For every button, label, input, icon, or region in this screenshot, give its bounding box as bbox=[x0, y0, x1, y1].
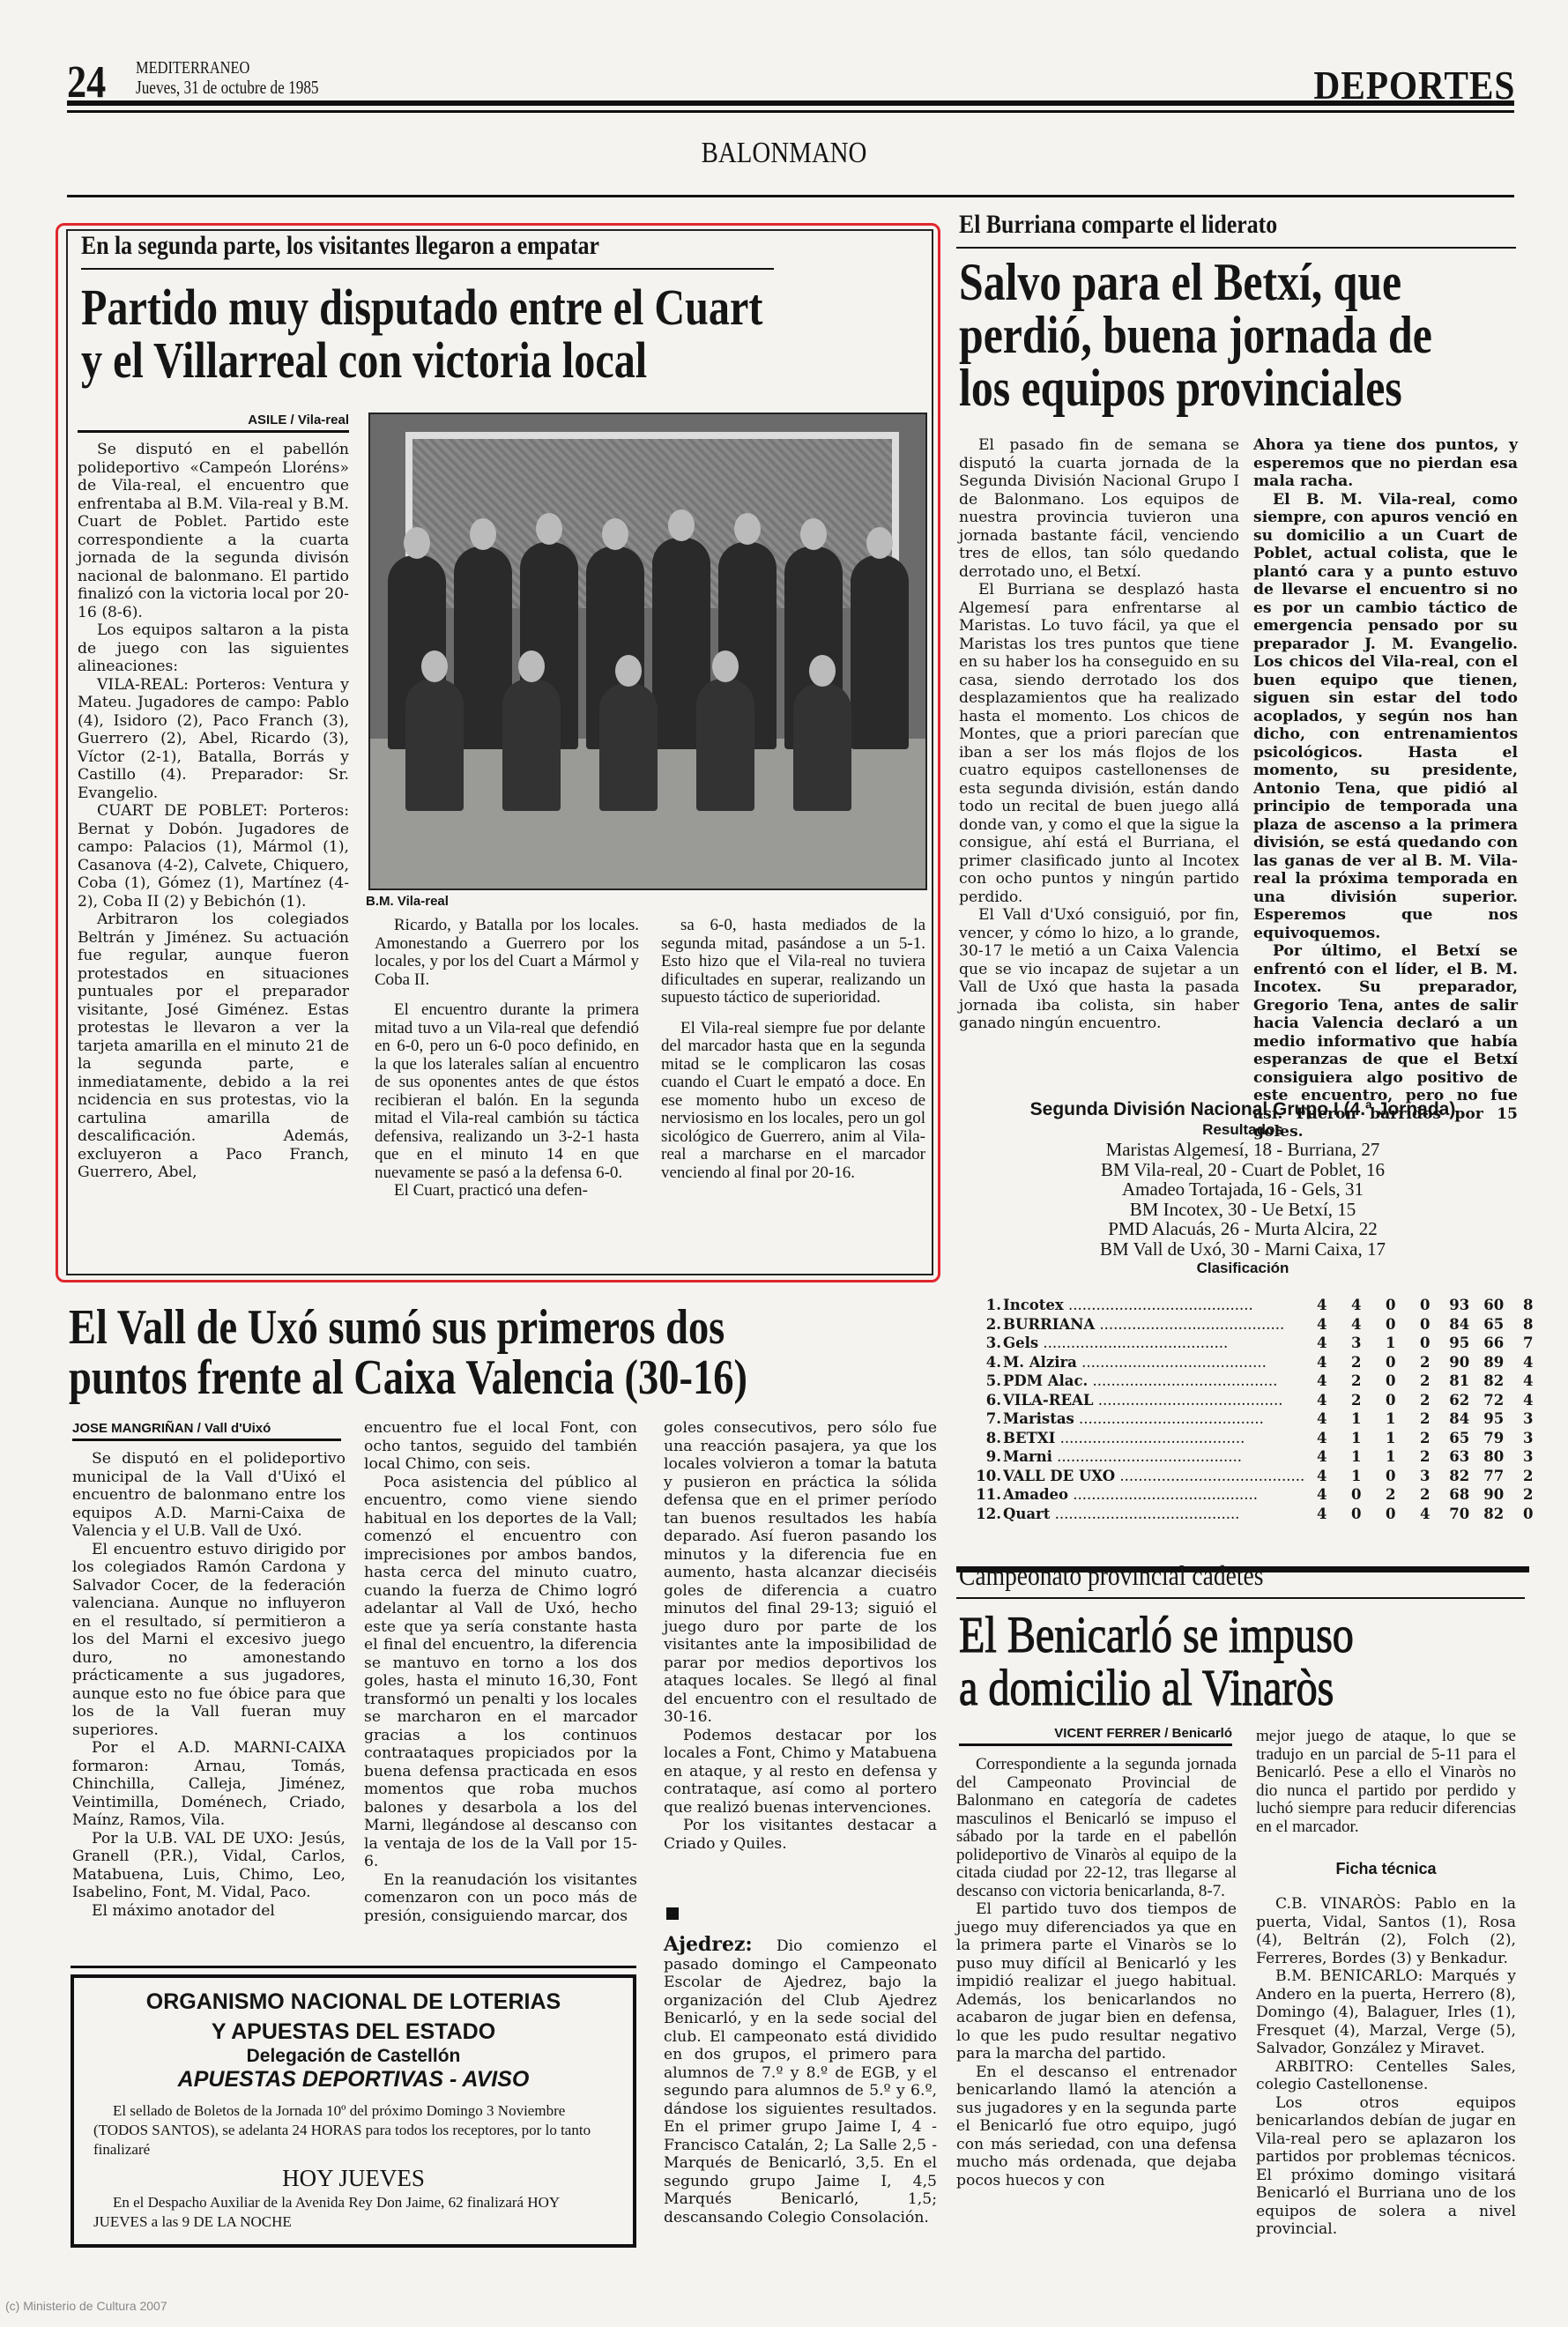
stat-pj: 4 bbox=[1304, 1334, 1339, 1353]
stat-gf: 68 bbox=[1442, 1485, 1476, 1505]
dot-leader: ........................................ bbox=[1038, 1334, 1228, 1351]
team-name-text: BURRIANA bbox=[1003, 1316, 1095, 1333]
dot-leader: ........................................ bbox=[1055, 1430, 1245, 1446]
stat-gf: 84 bbox=[1442, 1409, 1476, 1429]
stat-g: 1 bbox=[1339, 1467, 1373, 1486]
ajedrez-brief: Ajedrez: Dio comienzo el pasado domingo … bbox=[664, 1936, 937, 2227]
results-label: Resultados bbox=[961, 1120, 1525, 1141]
stat-pj: 4 bbox=[1304, 1447, 1339, 1467]
paragraph: Correspondiente a la segunda jornada del… bbox=[956, 1756, 1237, 1900]
paragraph: C.B. VINARÒS: Pablo en la puerta, Vidal,… bbox=[1256, 1895, 1516, 1967]
stat-pts: 8 bbox=[1511, 1315, 1545, 1334]
dot-leader: ........................................ bbox=[1050, 1505, 1239, 1522]
team-name: BURRIANA ...............................… bbox=[1003, 1315, 1304, 1334]
stat-pts: 3 bbox=[1511, 1429, 1545, 1448]
stat-p: 3 bbox=[1408, 1467, 1442, 1486]
stat-gc: 60 bbox=[1476, 1296, 1511, 1315]
paragraph: encuentro fue el local Font, con ocho ta… bbox=[364, 1419, 637, 1474]
stat-gf: 63 bbox=[1442, 1447, 1476, 1467]
stat-g: 4 bbox=[1339, 1315, 1373, 1334]
stat-gf: 93 bbox=[1442, 1296, 1476, 1315]
paragraph: Se disputó en el pabellón polideportivo … bbox=[78, 441, 349, 621]
team-name: Incotex ................................… bbox=[1003, 1296, 1304, 1315]
paragraph: El pasado fin de semana se disputó la cu… bbox=[959, 436, 1239, 581]
paragraph: Los otros equipos benicarlandos debían d… bbox=[1256, 2094, 1516, 2239]
stat-pj: 4 bbox=[1304, 1485, 1339, 1505]
stat-gc: 89 bbox=[1476, 1353, 1511, 1372]
newspaper-name: MEDITERRANEO bbox=[136, 58, 249, 78]
team-name-text: Maristas bbox=[1003, 1410, 1074, 1427]
paragraph: goles consecutivos, pero sólo fue una re… bbox=[664, 1419, 937, 1727]
stat-gc: 90 bbox=[1476, 1485, 1511, 1505]
dot-leader: ........................................ bbox=[1077, 1354, 1267, 1371]
stat-pj: 4 bbox=[1304, 1296, 1339, 1315]
team-name: PDM Alac. ..............................… bbox=[1003, 1372, 1304, 1391]
paragraph: VILA-REAL: Porteros: Ventura y Mateu. Ju… bbox=[78, 676, 349, 803]
team-name: VALL DE UXO ............................… bbox=[1003, 1467, 1304, 1486]
stat-pj: 4 bbox=[1304, 1372, 1339, 1391]
team-name-text: M. Alzira bbox=[1003, 1354, 1077, 1371]
article-column-1: Correspondiente a la segunda jornada del… bbox=[956, 1756, 1237, 2189]
stat-pj: 4 bbox=[1304, 1353, 1339, 1372]
stat-gf: 84 bbox=[1442, 1315, 1476, 1334]
masthead-rule bbox=[67, 100, 1514, 113]
standings-label: Clasificación bbox=[961, 1259, 1525, 1279]
stat-gf: 90 bbox=[1442, 1353, 1476, 1372]
photo-caption: B.M. Vila-real bbox=[366, 894, 449, 909]
paragraph: B.M. BENICARLO: Marqués y Andero en la p… bbox=[1256, 1967, 1516, 2058]
team-name: Amadeo .................................… bbox=[1003, 1485, 1304, 1505]
stat-pj: 4 bbox=[1304, 1467, 1339, 1486]
stat-e: 0 bbox=[1373, 1467, 1408, 1486]
paragraph: Por los visitantes destacar a Criado y Q… bbox=[664, 1817, 937, 1853]
ajedrez-text: Dio comienzo el pasado domingo el Campeo… bbox=[664, 1937, 937, 2227]
page-number: 24 bbox=[67, 60, 106, 106]
standings-row: 3.Gels .................................… bbox=[970, 1334, 1545, 1353]
team-name: BETXI ..................................… bbox=[1003, 1429, 1304, 1448]
stat-gc: 82 bbox=[1476, 1505, 1511, 1524]
team-position: 12. bbox=[970, 1505, 1003, 1524]
ad-top-rule bbox=[71, 1966, 636, 1968]
article-byline: ASILE / Vila-real bbox=[78, 413, 349, 433]
result-row: BM Incotex, 30 - Ue Betxí, 15 bbox=[961, 1200, 1525, 1220]
paragraph: Podemos destacar por los locales a Font,… bbox=[664, 1727, 937, 1818]
stat-e: 1 bbox=[1373, 1429, 1408, 1448]
stat-pj: 4 bbox=[1304, 1315, 1339, 1334]
subsection-title: BALONMANO bbox=[117, 137, 1450, 170]
dot-leader: ........................................ bbox=[1074, 1410, 1264, 1427]
paragraph: Arbitraron los colegiados Beltrán y Jimé… bbox=[78, 911, 349, 1182]
team-name: Gels ...................................… bbox=[1003, 1334, 1304, 1353]
stat-pts: 8 bbox=[1511, 1296, 1545, 1315]
stat-p: 2 bbox=[1408, 1391, 1442, 1410]
team-position: 11. bbox=[970, 1485, 1003, 1505]
paragraph: Por el A.D. MARNI-CAIXA formaron: Arnau,… bbox=[72, 1739, 346, 1830]
ficha-tecnica-title: Ficha técnica bbox=[1256, 1860, 1516, 1878]
stat-gc: 82 bbox=[1476, 1372, 1511, 1391]
stat-e: 0 bbox=[1373, 1505, 1408, 1524]
standings-row: 5.PDM Alac. ............................… bbox=[970, 1372, 1545, 1391]
stat-g: 4 bbox=[1339, 1296, 1373, 1315]
league-results: Segunda División Nacional Grupo I (4.ª J… bbox=[961, 1100, 1525, 1279]
standings-row: 12.Quart ...............................… bbox=[970, 1505, 1545, 1524]
paragraph: El B. M. Vila-real, como siempre, con ap… bbox=[1253, 491, 1518, 943]
stat-pts: 4 bbox=[1511, 1372, 1545, 1391]
team-position: 1. bbox=[970, 1296, 1003, 1315]
stat-gf: 65 bbox=[1442, 1429, 1476, 1448]
ad-line-4: APUESTAS DEPORTIVAS - AVISO bbox=[74, 2066, 633, 2093]
standings-row: 8.BETXI ................................… bbox=[970, 1429, 1545, 1448]
stat-pts: 4 bbox=[1511, 1353, 1545, 1372]
paragraph: En el descanso el entrenador benicarland… bbox=[956, 2063, 1237, 2190]
stat-pj: 4 bbox=[1304, 1409, 1339, 1429]
paragraph: mejor juego de ataque, lo que se tradujo… bbox=[1256, 1728, 1516, 1836]
paragraph: En la reanudación los visitantes comenza… bbox=[364, 1871, 637, 1926]
stat-g: 1 bbox=[1339, 1429, 1373, 1448]
stat-g: 2 bbox=[1339, 1391, 1373, 1410]
article-column-3: sa 6-0, hasta mediados de la segunda mit… bbox=[661, 917, 925, 1182]
ad-paragraph-1: El sellado de Boletos de la Jornada 10º … bbox=[74, 2101, 633, 2160]
ad-line-2: Y APUESTAS DEL ESTADO bbox=[74, 2017, 633, 2047]
stat-p: 2 bbox=[1408, 1429, 1442, 1448]
lottery-advertisement: ORGANISMO NACIONAL DE LOTERIAS Y APUESTA… bbox=[71, 1974, 636, 2248]
stat-g: 2 bbox=[1339, 1353, 1373, 1372]
team-position: 6. bbox=[970, 1391, 1003, 1410]
article-headline-line1: El Vall de Uxó sumó sus primeros dos bbox=[69, 1303, 725, 1352]
standings-row: 6.VILA-REAL ............................… bbox=[970, 1391, 1545, 1410]
paragraph: Se disputó en el polideportivo municipal… bbox=[72, 1450, 346, 1541]
stat-gc: 66 bbox=[1476, 1334, 1511, 1353]
team-name: Maristas ...............................… bbox=[1003, 1409, 1304, 1429]
team-position: 2. bbox=[970, 1315, 1003, 1334]
paragraph: Ahora ya tiene dos puntos, y esperemos q… bbox=[1253, 436, 1518, 491]
team-position: 8. bbox=[970, 1429, 1003, 1448]
stat-gc: 72 bbox=[1476, 1391, 1511, 1410]
stat-gc: 65 bbox=[1476, 1315, 1511, 1334]
paragraph: Los equipos saltaron a la pista de juego… bbox=[78, 621, 349, 676]
paragraph: El encuentro durante la primera mitad tu… bbox=[375, 1001, 639, 1182]
stat-p: 2 bbox=[1408, 1409, 1442, 1429]
ad-line-1: ORGANISMO NACIONAL DE LOTERIAS bbox=[74, 1987, 633, 2017]
team-position: 3. bbox=[970, 1334, 1003, 1353]
dot-leader: ........................................ bbox=[1088, 1372, 1277, 1389]
stat-gc: 79 bbox=[1476, 1429, 1511, 1448]
stat-pts: 2 bbox=[1511, 1485, 1545, 1505]
stat-g: 2 bbox=[1339, 1372, 1373, 1391]
result-row: Amadeo Tortajada, 16 - Gels, 31 bbox=[961, 1179, 1525, 1200]
copyright-credit: (c) Ministerio de Cultura 2007 bbox=[5, 2299, 167, 2313]
team-name: M. Alzira ..............................… bbox=[1003, 1353, 1304, 1372]
stat-gf: 81 bbox=[1442, 1372, 1476, 1391]
article-kicker: Campeonato provincial cadetes bbox=[959, 1560, 1263, 1590]
paragraph: Ricardo, y Batalla por los locales. Amon… bbox=[375, 917, 639, 989]
paragraph: Poca asistencia del público al encuentro… bbox=[364, 1474, 637, 1871]
paragraph: El Vall d'Uxó consiguió, por fin, vencer… bbox=[959, 906, 1239, 1033]
team-position: 4. bbox=[970, 1353, 1003, 1372]
paragraph: El Burriana se desplazó hasta Algemesí p… bbox=[959, 581, 1239, 906]
team-position: 10. bbox=[970, 1467, 1003, 1486]
stat-pts: 7 bbox=[1511, 1334, 1545, 1353]
team-name-text: Marni bbox=[1003, 1448, 1052, 1465]
stat-p: 2 bbox=[1408, 1353, 1442, 1372]
team-name: VILA-REAL ..............................… bbox=[1003, 1391, 1304, 1410]
stat-p: 2 bbox=[1408, 1447, 1442, 1467]
dot-leader: ........................................ bbox=[1068, 1486, 1258, 1503]
stat-p: 2 bbox=[1408, 1485, 1442, 1505]
stat-pts: 3 bbox=[1511, 1409, 1545, 1429]
standings-row: 7.Maristas .............................… bbox=[970, 1409, 1545, 1429]
kicker-rule bbox=[81, 268, 774, 270]
article-column-2: C.B. VINARÒS: Pablo en la puerta, Vidal,… bbox=[1256, 1895, 1516, 2239]
article-headline-line3: los equipos provinciales bbox=[959, 361, 1402, 414]
article-column-3: goles consecutivos, pero sólo fue una re… bbox=[664, 1419, 937, 1853]
stat-gc: 95 bbox=[1476, 1409, 1511, 1429]
article-column-1: El pasado fin de semana se disputó la cu… bbox=[959, 436, 1239, 1033]
stat-gc: 80 bbox=[1476, 1447, 1511, 1467]
stat-g: 3 bbox=[1339, 1334, 1373, 1353]
stat-p: 4 bbox=[1408, 1505, 1442, 1524]
article-headline-line1: El Benicarló se impuso bbox=[959, 1610, 1354, 1661]
paragraph: El Cuart, practicó una defen- bbox=[375, 1182, 639, 1201]
stat-gf: 70 bbox=[1442, 1505, 1476, 1524]
article-column-1: Se disputó en el pabellón polideportivo … bbox=[78, 441, 349, 1182]
stat-p: 0 bbox=[1408, 1296, 1442, 1315]
stat-e: 0 bbox=[1373, 1353, 1408, 1372]
paragraph: ARBITRO: Centelles Sales, colegio Castel… bbox=[1256, 2058, 1516, 2094]
stat-pts: 4 bbox=[1511, 1391, 1545, 1410]
paragraph: El partido tuvo dos tiempos de juego muy… bbox=[956, 1900, 1237, 2063]
article-headline-line1: Salvo para el Betxí, que bbox=[959, 256, 1401, 309]
article-headline-line2: perdió, buena jornada de bbox=[959, 309, 1432, 361]
team-position: 5. bbox=[970, 1372, 1003, 1391]
standings-row: 1.Incotex ..............................… bbox=[970, 1296, 1545, 1315]
ad-line-3: Delegación de Castellón bbox=[74, 2047, 633, 2066]
article-column-2: Ahora ya tiene dos puntos, y esperemos q… bbox=[1253, 436, 1518, 1141]
team-name-text: VILA-REAL bbox=[1003, 1392, 1093, 1409]
stat-p: 2 bbox=[1408, 1372, 1442, 1391]
result-row: BM Vila-real, 20 - Cuart de Poblet, 16 bbox=[961, 1160, 1525, 1180]
result-row: PMD Alacuás, 26 - Murta Alcira, 22 bbox=[961, 1219, 1525, 1239]
result-row: BM Vall de Uxó, 30 - Marni Caixa, 17 bbox=[961, 1239, 1525, 1260]
article-kicker: El Burriana comparte el liderato bbox=[959, 210, 1277, 240]
section-rule bbox=[67, 195, 1514, 197]
team-name-text: PDM Alac. bbox=[1003, 1372, 1088, 1389]
team-name-text: Gels bbox=[1003, 1334, 1038, 1351]
stat-e: 1 bbox=[1373, 1447, 1408, 1467]
stat-gf: 62 bbox=[1442, 1391, 1476, 1410]
team-name-text: Quart bbox=[1003, 1505, 1050, 1522]
stat-pj: 4 bbox=[1304, 1391, 1339, 1410]
team-photo bbox=[368, 413, 927, 890]
standings-row: 10.VALL DE UXO .........................… bbox=[970, 1467, 1545, 1486]
stat-e: 0 bbox=[1373, 1296, 1408, 1315]
stat-e: 1 bbox=[1373, 1409, 1408, 1429]
stat-e: 0 bbox=[1373, 1315, 1408, 1334]
team-name-text: Amadeo bbox=[1003, 1486, 1068, 1503]
stat-g: 0 bbox=[1339, 1505, 1373, 1524]
standings-row: 11.Amadeo ..............................… bbox=[970, 1485, 1545, 1505]
stat-gc: 77 bbox=[1476, 1467, 1511, 1486]
dot-leader: ........................................ bbox=[1095, 1316, 1284, 1333]
article-column-2: Ricardo, y Batalla por los locales. Amon… bbox=[375, 917, 639, 1201]
stat-p: 0 bbox=[1408, 1315, 1442, 1334]
stat-pts: 0 bbox=[1511, 1505, 1545, 1524]
dot-leader: ........................................ bbox=[1064, 1297, 1253, 1313]
team-name-text: Incotex bbox=[1003, 1297, 1064, 1313]
article-headline-line2: a domicilio al Vinaròs bbox=[959, 1662, 1334, 1714]
stat-g: 1 bbox=[1339, 1409, 1373, 1429]
stat-gf: 95 bbox=[1442, 1334, 1476, 1353]
team-position: 7. bbox=[970, 1409, 1003, 1429]
stat-pj: 4 bbox=[1304, 1505, 1339, 1524]
section-bullet-icon bbox=[666, 1907, 679, 1920]
standings-table: 1.Incotex ..............................… bbox=[970, 1296, 1545, 1523]
ajedrez-lead: Ajedrez: bbox=[664, 1933, 753, 1956]
paragraph: El máximo anotador del bbox=[72, 1902, 346, 1921]
paragraph: El Vila-real siempre fue por delante del… bbox=[661, 1020, 925, 1183]
article-headline-line2: y el Villarreal con victoria local bbox=[81, 335, 647, 386]
article-byline: VICENT FERRER / Benicarló bbox=[959, 1726, 1232, 1746]
dot-leader: ........................................ bbox=[1115, 1468, 1304, 1484]
paragraph: sa 6-0, hasta mediados de la segunda mit… bbox=[661, 917, 925, 1007]
stat-e: 1 bbox=[1373, 1334, 1408, 1353]
stat-pj: 4 bbox=[1304, 1429, 1339, 1448]
stat-g: 1 bbox=[1339, 1447, 1373, 1467]
article-column-2-intro: mejor juego de ataque, lo que se tradujo… bbox=[1256, 1728, 1516, 1836]
team-name: Quart ..................................… bbox=[1003, 1505, 1304, 1524]
article-kicker: En la segunda parte, los visitantes lleg… bbox=[81, 231, 599, 261]
team-position: 9. bbox=[970, 1447, 1003, 1467]
article-byline: JOSE MANGRIÑAN / Vall d'Uixó bbox=[72, 1421, 341, 1441]
stat-p: 0 bbox=[1408, 1334, 1442, 1353]
standings-row: 2.BURRIANA .............................… bbox=[970, 1315, 1545, 1334]
issue-date: Jueves, 31 de octubre de 1985 bbox=[136, 78, 319, 97]
kicker-rule bbox=[956, 1597, 1525, 1599]
ad-highlight: HOY JUEVES bbox=[74, 2163, 633, 2193]
dot-leader: ........................................ bbox=[1052, 1448, 1242, 1465]
team-name-text: BETXI bbox=[1003, 1430, 1055, 1446]
article-headline-line1: Partido muy disputado entre el Cuart bbox=[81, 282, 762, 333]
stat-gf: 82 bbox=[1442, 1467, 1476, 1486]
article-headline-line2: puntos frente al Caixa Valencia (30-16) bbox=[69, 1353, 747, 1402]
article-column-1: Se disputó en el polideportivo municipal… bbox=[72, 1450, 346, 1920]
paragraph: El encuentro estuvo dirigido por los col… bbox=[72, 1541, 346, 1740]
team-name: Marni ..................................… bbox=[1003, 1447, 1304, 1467]
kicker-rule bbox=[956, 247, 1516, 249]
team-name-text: VALL DE UXO bbox=[1003, 1468, 1115, 1484]
ad-paragraph-2: En el Despacho Auxiliar de la Avenida Re… bbox=[74, 2193, 633, 2232]
stat-pts: 3 bbox=[1511, 1447, 1545, 1467]
stat-e: 2 bbox=[1373, 1485, 1408, 1505]
article-column-2: encuentro fue el local Font, con ocho ta… bbox=[364, 1419, 637, 1925]
stat-pts: 2 bbox=[1511, 1467, 1545, 1486]
result-row: Maristas Algemesí, 18 - Burriana, 27 bbox=[961, 1140, 1525, 1160]
stat-e: 0 bbox=[1373, 1372, 1408, 1391]
stat-g: 0 bbox=[1339, 1485, 1373, 1505]
paragraph: CUART DE POBLET: Porteros: Bernat y Dobó… bbox=[78, 802, 349, 911]
dot-leader: ........................................ bbox=[1093, 1392, 1282, 1409]
standings-row: 4.M. Alzira ............................… bbox=[970, 1353, 1545, 1372]
stat-e: 0 bbox=[1373, 1391, 1408, 1410]
paragraph: Por la U.B. VAL DE UXO: Jesús, Granell (… bbox=[72, 1830, 346, 1902]
league-title: Segunda División Nacional Grupo I (4.ª J… bbox=[961, 1100, 1525, 1120]
standings-row: 9.Marni ................................… bbox=[970, 1447, 1545, 1467]
